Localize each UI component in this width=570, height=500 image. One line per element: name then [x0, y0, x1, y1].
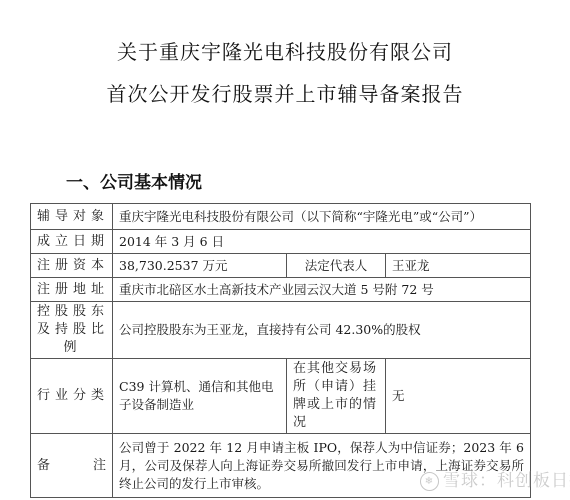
row-label-remarks: 备 注 — [31, 434, 113, 498]
table-row: 成立日期 2014 年 3 月 6 日 — [31, 230, 531, 254]
row-label-controlling-shareholder: 控股股东 及持股比 例 — [31, 302, 113, 359]
row-label-other-listing: 在其他交易场所（申请）挂牌或上市的情况 — [287, 359, 386, 434]
watermark: ❄雪球：科创板日报 — [420, 466, 570, 491]
row-value-controlling-shareholder: 公司控股股东为王亚龙，直接持有公司 42.30%的股权 — [113, 302, 531, 359]
row-value-industry: C39 计算机、通信和其他电子设备制造业 — [113, 359, 287, 434]
row-label-established-date: 成立日期 — [31, 230, 113, 254]
remarks-label-left: 备 — [37, 457, 50, 475]
row-value-legal-representative: 王亚龙 — [386, 254, 531, 278]
row-label-legal-representative: 法定代表人 — [287, 254, 386, 278]
snowball-icon: ❄ — [420, 472, 439, 491]
row-value-registered-address: 重庆市北碚区水土高新技术产业园云汉大道 5 号附 72 号 — [113, 278, 531, 302]
company-info-table: 辅导对象 重庆宇隆光电科技股份有限公司（以下简称“宇隆光电”或“公司”） 成立日… — [30, 203, 531, 498]
label-line: 控股股东 — [37, 303, 106, 321]
row-value-registered-capital: 38,730.2537 万元 — [113, 254, 287, 278]
watermark-text: 雪球：科创板日报 — [443, 471, 570, 491]
row-label-industry: 行业分类 — [31, 359, 113, 434]
section-heading: 一、公司基本情况 — [66, 168, 202, 193]
row-label-tutoring-target: 辅导对象 — [31, 204, 113, 230]
remarks-label-right: 注 — [93, 457, 106, 475]
table-row: 行业分类 C39 计算机、通信和其他电子设备制造业 在其他交易场所（申请）挂牌或… — [31, 359, 531, 434]
row-label-registered-capital: 注册资本 — [31, 254, 113, 278]
table-row: 注册资本 38,730.2537 万元 法定代表人 王亚龙 — [31, 254, 531, 278]
row-value-tutoring-target: 重庆宇隆光电科技股份有限公司（以下简称“宇隆光电”或“公司”） — [113, 204, 531, 230]
table-row: 控股股东 及持股比 例 公司控股股东为王亚龙，直接持有公司 42.30%的股权 — [31, 302, 531, 359]
row-value-established-date: 2014 年 3 月 6 日 — [113, 230, 531, 254]
row-value-other-listing: 无 — [386, 359, 531, 434]
document-title-line2: 首次公开发行股票并上市辅导备案报告 — [0, 78, 570, 107]
table-row: 辅导对象 重庆宇隆光电科技股份有限公司（以下简称“宇隆光电”或“公司”） — [31, 204, 531, 230]
label-line: 及持股比 — [37, 321, 106, 339]
row-label-registered-address: 注册地址 — [31, 278, 113, 302]
table-row: 注册地址 重庆市北碚区水土高新技术产业园云汉大道 5 号附 72 号 — [31, 278, 531, 302]
document-title-line1: 关于重庆宇隆光电科技股份有限公司 — [0, 36, 570, 65]
label-line: 例 — [37, 339, 106, 357]
